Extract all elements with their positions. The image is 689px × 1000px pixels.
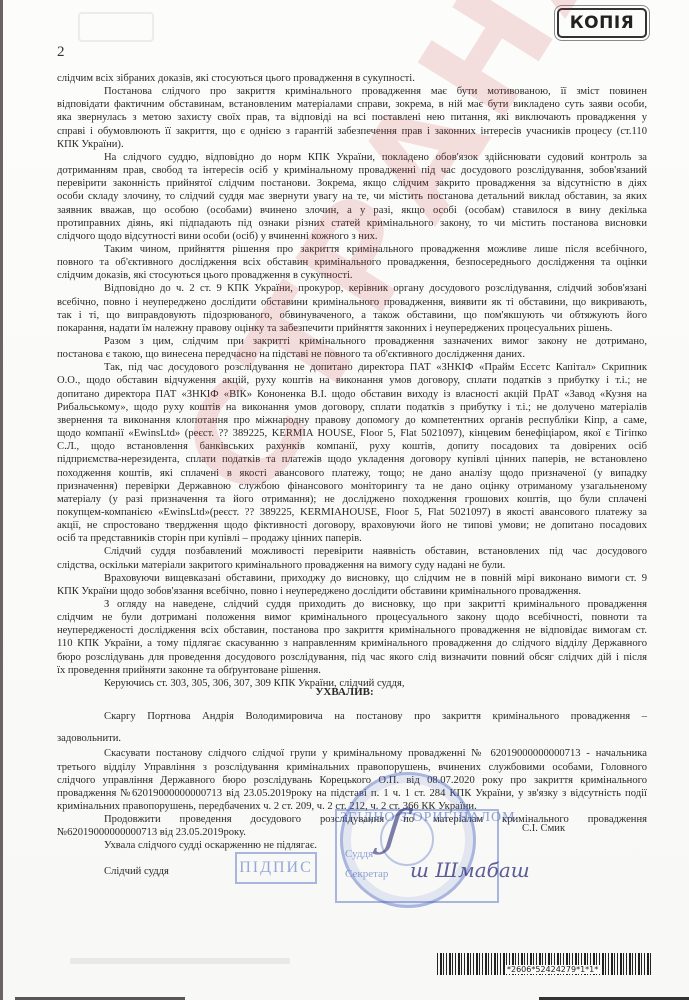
text-line: повного та об'єктивного дослідження всіх… [57, 257, 647, 269]
text-line: всебічно, повно і неупереджено дослідити… [57, 297, 647, 309]
text-line: їх проведення прийняти законне та обґрун… [57, 665, 647, 677]
handwritten-signature: ш Шмабаш [410, 858, 530, 882]
text-line: заявник вважав, що особою (особами) вчин… [57, 205, 647, 217]
text-line: так і ті, що виправдовують підозрюваного… [57, 310, 647, 322]
text-line: бюро розслідувань для проведення досудов… [57, 652, 647, 664]
text-line: З огляду на наведене, слідчий суддя прих… [104, 599, 647, 611]
text-line: акції, не спростовано твердження щодо фі… [57, 520, 647, 532]
text-line: провадження №62019000000000713 від 23.05… [57, 788, 647, 800]
stamp-judge-line: Суддя [345, 848, 373, 860]
barcode-number: *2606*52424279*1*1* [505, 965, 600, 974]
text-line: дотриманням прав, свобод та інтересів ос… [57, 165, 647, 177]
text-line: справі і обумовлюють її закриття, що є о… [57, 126, 647, 138]
text-line: слідчим не були дотримані положення вимо… [57, 612, 647, 624]
text-line: слідчого щодо відсутності вини особи (ос… [57, 231, 647, 243]
text-line: звернення та виконання клопотання про мі… [57, 415, 647, 427]
faded-stamp [78, 12, 154, 42]
text-line: задовольнити. [57, 733, 647, 745]
text-line: допитано директора ПАТ «ЗНКІФ «ВІК» Коно… [57, 389, 647, 401]
text-line: О.О., щодо обставин відчуження акцій, ру… [57, 375, 647, 387]
text-line: яка звернулась з метою захисту своїх пра… [57, 112, 647, 124]
text-line: Постанова слідчого про закриття кримінал… [104, 86, 647, 98]
text-line: 110 КПК України, а тому підлягає скасува… [57, 638, 647, 650]
text-line: постанова є такою, що винесена передчасн… [57, 349, 647, 361]
text-line: Разом з цим, слідчим при закритті кримін… [104, 336, 647, 348]
text-line: осіб та представників сторін при купівлі… [57, 533, 647, 545]
text-line: Таким чином, прийняття рішення про закри… [104, 244, 647, 256]
judge-name: С.І. Смик [522, 823, 565, 834]
text-line: покупцем-компанією «EwinsLtd»(реєст. ?? … [57, 507, 647, 519]
document-page: КОПІЯ 2 слідчим всіх зібраних доказів, я… [0, 0, 689, 1000]
faded-text [70, 958, 290, 964]
text-line: КПК України). [57, 139, 647, 151]
text-line: Враховуючи вищевказані обставини, приход… [104, 573, 647, 585]
text-line: Рибальському», щодо руху коштів на викон… [57, 402, 647, 414]
page-number: 2 [57, 44, 65, 61]
text-line: слідчого управління Державного бюро розс… [57, 775, 647, 787]
text-line: слідчим всіх зібраних доказів, які стосу… [57, 73, 647, 85]
text-line: підприємства-нерезидента, сплати податкі… [57, 454, 647, 466]
stamp-secretary-line: Секретар [345, 868, 388, 880]
scan-edge [0, 0, 3, 1000]
text-line: слідчим доказів, які стосуються цього пр… [57, 270, 647, 282]
text-line: особи складу злочину, то слідчий суддя м… [57, 191, 647, 203]
text-line: перевірити законність прийнятої слідчим … [57, 178, 647, 190]
text-line: третього відділу Управління з розслідува… [57, 762, 647, 774]
resolution-heading: УХВАЛИВ: [0, 686, 689, 698]
text-line: Скасувати постанову слідчого слідчої гру… [104, 748, 647, 760]
signature-stamp: ПІДПИС [235, 852, 317, 884]
copy-stamp: КОПІЯ [557, 8, 647, 38]
text-line: слідства, оскільки матеріали закритого к… [57, 560, 647, 572]
original-stamp-text: ЗГІДНО З ОРИГІНАЛОМ [340, 810, 516, 826]
text-line: призначення) перевірки Державною службою… [57, 481, 647, 493]
text-line: протиправних діянь, які підпадають під о… [57, 218, 647, 230]
text-line: відповідати фактичним обставинам, встано… [57, 99, 647, 111]
text-line: Так, під час досудового розслідування не… [104, 362, 647, 374]
judge-label: Слідчий суддя [104, 866, 169, 877]
text-line: КПК України щодо зобов'язання всебічно, … [57, 586, 647, 598]
text-line: походження коштів, які сплачені в якості… [57, 468, 647, 480]
text-line: Слідчий суддя позбавлений можливості пер… [104, 546, 647, 558]
text-line: щодо компанії «EwinsLtd» (реєст. ?? 3892… [57, 428, 647, 440]
text-line: неупередженості дослідження всіх обстави… [57, 625, 647, 637]
text-line: Скаргу Портнова Андрія Володимировича на… [104, 711, 647, 723]
text-line: матеріалу (у разі призначення та його от… [57, 494, 647, 506]
text-line: Відповідно до ч. 2 ст. 9 КПК України, пр… [104, 283, 647, 295]
text-line: На слідчого суддю, відповідно до норм КП… [104, 152, 647, 164]
text-line: С.Л., щодо встановлення банківських раху… [57, 441, 647, 453]
text-line: покарання, надати їм належну правову оці… [57, 323, 647, 335]
